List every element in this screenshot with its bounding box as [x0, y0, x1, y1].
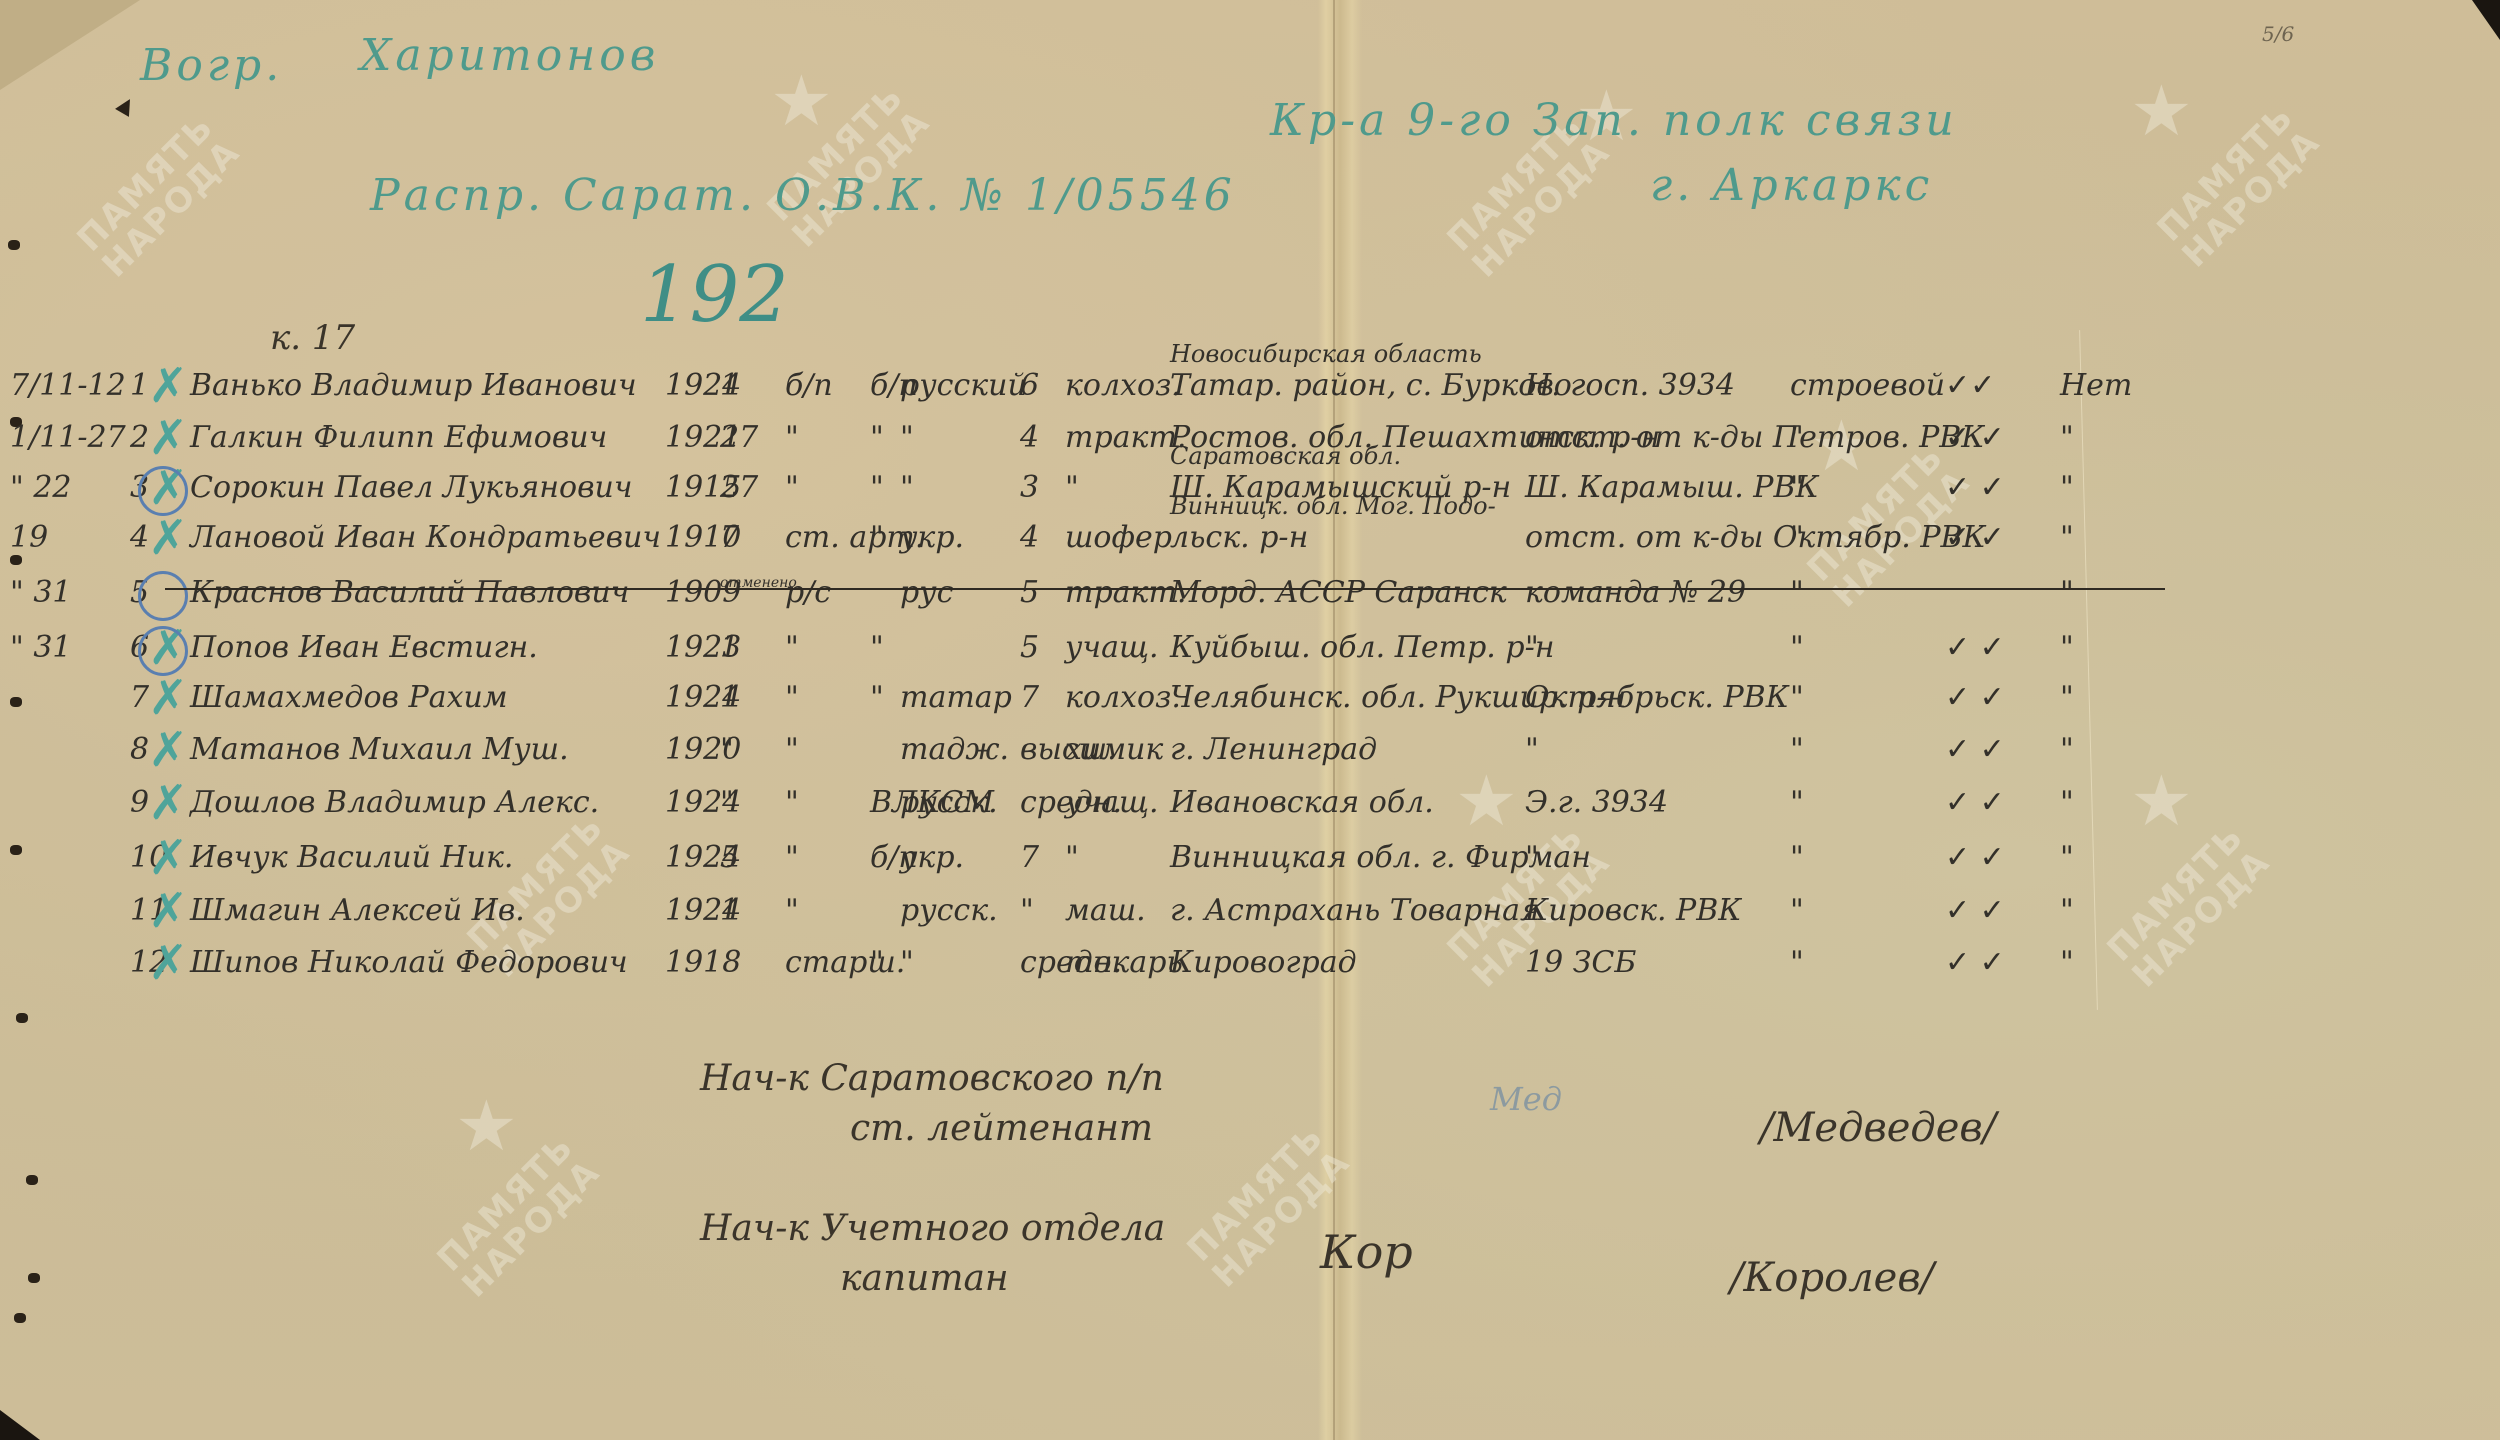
cell-address-line2: Куйбыш. обл. Петр. р-н	[1170, 630, 1554, 665]
team-label: к. 17	[270, 318, 355, 358]
blue-x-mark-icon: ✗	[148, 883, 188, 939]
cell-name: Краснов Василий Павлович	[190, 575, 629, 610]
cell-c1: "	[720, 785, 734, 820]
cell-nationality: "	[900, 470, 914, 505]
binding-hole	[14, 1313, 26, 1323]
cell-rvk: 19 ЗСБ	[1525, 945, 1636, 980]
watermark-star-icon: ★	[2130, 760, 2193, 842]
cell-c1: 1	[720, 893, 739, 928]
cell-rvk: отст. от к-ды Петров. РВК	[1525, 420, 1985, 455]
cell-num: 1	[130, 368, 149, 403]
sig1-title-line1: Нач-к Саратовского п/п	[700, 1058, 1164, 1099]
cell-c1: 1	[720, 680, 739, 715]
cell-name: Сорокин Павел Лукьянович	[190, 470, 633, 505]
watermark-star-icon: ★	[455, 1085, 518, 1167]
cell-checks: ✓ ✓	[1945, 945, 2005, 980]
paper-torn-corner	[2472, 0, 2500, 40]
cell-address-line1: Саратовская обл.	[1170, 442, 1401, 470]
cell-num: 7	[130, 680, 149, 715]
cell-date: " 22	[10, 470, 72, 505]
paper-fold-corner	[0, 0, 140, 90]
cell-address-line2: льск. р-н	[1170, 520, 1308, 555]
blue-x-mark-icon: ✗	[148, 830, 188, 886]
center-fold-line	[1333, 0, 1335, 1440]
cell-job: "	[1065, 470, 1079, 505]
cell-checks: ✓ ✓	[1945, 520, 2005, 555]
cell-address-line2: г. Астрахань Товарная	[1170, 893, 1540, 928]
cell-address-line2: г. Ленинград	[1170, 732, 1377, 767]
watermark-star-icon: ★	[770, 60, 833, 142]
cell-address-line1: Винницк. обл. Мог. Подо-	[1170, 492, 1496, 520]
sig2-title-line1: Нач-к Учетного отдела	[700, 1208, 1165, 1249]
cell-rvk: отст. от к-ды Октябр. РВК	[1525, 520, 1986, 555]
cell-c1: 7	[720, 520, 739, 555]
cell-job: учащ.	[1065, 630, 1159, 665]
cell-nationality: укр.	[900, 520, 964, 555]
cell-last: "	[2060, 680, 2074, 715]
cell-edu-rank: "	[870, 630, 884, 665]
cell-address-line2: Кировоград	[1170, 945, 1357, 980]
top-left-name: Харитонов	[360, 30, 659, 81]
cell-name: Галкин Филипп Ефимович	[190, 420, 607, 455]
cell-party: б/п	[785, 368, 833, 403]
sig1-name: /Медведев/	[1760, 1105, 1996, 1151]
cell-edu: 3	[1020, 470, 1039, 505]
cell-checks: ✓ ✓	[1945, 630, 2005, 665]
top-left-prefix: Вогр.	[140, 40, 283, 91]
cell-edu: 6	[1020, 368, 1039, 403]
cell-c1: 1	[720, 630, 739, 665]
cell-fitness: "	[1790, 520, 1804, 555]
cell-name: Шамахмедов Рахим	[190, 680, 508, 715]
sig2-name: /Королев/	[1730, 1255, 1934, 1301]
cell-checks: ✓ ✓	[1945, 732, 2005, 767]
cell-nationality: укр.	[900, 840, 964, 875]
cell-c1: 5	[720, 840, 739, 875]
cell-nationality: "	[900, 945, 914, 980]
binding-hole	[10, 555, 22, 565]
cell-nationality: рус	[900, 575, 953, 610]
cell-rvk: команда № 29	[1525, 575, 1746, 610]
cell-job: шофер	[1065, 520, 1172, 555]
cell-num: 8	[130, 732, 149, 767]
cell-fitness: "	[1790, 785, 1804, 820]
page-number: 5/6	[2262, 22, 2294, 46]
cell-nationality: русск.	[900, 785, 998, 820]
cell-last: "	[2060, 840, 2074, 875]
cell-rvk: "	[1525, 630, 1539, 665]
cell-party: "	[785, 893, 799, 928]
cell-edu: 5	[1020, 630, 1039, 665]
cell-edu-rank: "	[870, 680, 884, 715]
cell-nationality: татар	[900, 680, 1012, 715]
blue-x-mark-icon: ✗	[148, 410, 188, 466]
cell-checks: ✓ ✓	[1945, 840, 2005, 875]
cell-num: 2	[130, 420, 149, 455]
cell-party: "	[785, 680, 799, 715]
cell-job: учащ.	[1065, 785, 1159, 820]
cell-job: токарь	[1065, 945, 1183, 980]
cell-party: р/с	[785, 575, 831, 610]
cell-num: 9	[130, 785, 149, 820]
cell-last: "	[2060, 785, 2074, 820]
circle-mark-icon	[138, 571, 188, 621]
cell-address-line1: Новосибирская область	[1170, 340, 1482, 368]
cell-rvk: "	[1525, 732, 1539, 767]
cell-last: "	[2060, 732, 2074, 767]
cell-name: Ивчук Василий Ник.	[190, 840, 513, 875]
cell-c1: 27	[720, 470, 758, 505]
cell-checks: ✓ ✓	[1945, 785, 2005, 820]
cell-job: тракт.	[1065, 575, 1186, 610]
cell-party: "	[785, 420, 799, 455]
sig1-scribble: Мед	[1490, 1080, 1562, 1118]
cell-nationality: "	[900, 420, 914, 455]
cell-party: "	[785, 470, 799, 505]
cell-address-line2: Ивановская обл.	[1170, 785, 1434, 820]
watermark-star-icon: ★	[1455, 760, 1518, 842]
cell-checks: ✓✓	[1945, 368, 1995, 403]
cell-nationality: тадж.	[900, 732, 1009, 767]
cell-job: тракт.	[1065, 420, 1186, 455]
cell-year: 1918	[665, 945, 741, 980]
cell-checks: ✓ ✓	[1945, 420, 2005, 455]
cell-name: Шмагин Алексей Ив.	[190, 893, 525, 928]
cell-last: "	[2060, 893, 2074, 928]
document-number: 192	[640, 250, 789, 340]
cell-party: "	[785, 732, 799, 767]
cell-party: "	[785, 785, 799, 820]
sig2-scribble: Кор	[1320, 1225, 1413, 1279]
cell-fitness: "	[1790, 575, 1804, 610]
row-strikethrough	[165, 588, 2165, 590]
cell-edu: 7	[1020, 680, 1039, 715]
blue-x-mark-icon: ✗	[148, 775, 188, 831]
cell-edu: 4	[1020, 420, 1039, 455]
sig1-title-line2: ст. лейтенант	[850, 1108, 1153, 1149]
cell-nationality: русский	[900, 368, 1027, 403]
cell-address-line2: Татар. район, с. Бурково	[1170, 368, 1572, 403]
cell-date: 1/11-27	[10, 420, 126, 455]
cell-party: "	[785, 630, 799, 665]
cell-name: Попов Иван Евстигн.	[190, 630, 538, 665]
cell-edu: 7	[1020, 840, 1039, 875]
cell-job: колхоз.	[1065, 680, 1181, 715]
cell-rvk: "	[1525, 840, 1539, 875]
cell-rvk: Октябрьск. РВК	[1525, 680, 1789, 715]
cell-edu-rank: "	[870, 470, 884, 505]
cell-fitness: "	[1790, 840, 1804, 875]
cell-edu-rank: "	[870, 420, 884, 455]
blue-x-mark-icon: ✗	[148, 358, 188, 414]
cell-job: "	[1065, 840, 1079, 875]
cell-date: " 31	[10, 575, 72, 610]
cell-checks: ✓ ✓	[1945, 893, 2005, 928]
cell-edu-rank: "	[870, 520, 884, 555]
cell-last: "	[2060, 420, 2074, 455]
cell-edu: 5	[1020, 575, 1039, 610]
cell-fitness: "	[1790, 420, 1804, 455]
cell-address-line2: Морд. АССР Саранск	[1170, 575, 1507, 610]
blue-x-mark-icon: ✗	[148, 935, 188, 991]
binding-hole	[16, 1013, 28, 1023]
cell-num: 4	[130, 520, 149, 555]
cell-rvk: Ш. Карамыш. РВК	[1525, 470, 1819, 505]
blue-x-mark-icon: ✗	[148, 722, 188, 778]
cell-checks: ✓ ✓	[1945, 680, 2005, 715]
blue-x-mark-icon: ✗	[148, 670, 188, 726]
cell-fitness: "	[1790, 945, 1804, 980]
cell-name: Шипов Николай Федорович	[190, 945, 628, 980]
cell-edu-rank: "	[870, 945, 884, 980]
cell-job: маш.	[1065, 893, 1146, 928]
cell-checks: ✓ ✓	[1945, 470, 2005, 505]
cell-rvk: Н. госп. 3934	[1525, 368, 1735, 403]
cell-rvk: Кировск. РВК	[1525, 893, 1742, 928]
cell-last: "	[2060, 520, 2074, 555]
cell-date: " 31	[10, 630, 72, 665]
binding-hole	[10, 845, 22, 855]
cell-c1: 27	[720, 420, 758, 455]
cell-party: "	[785, 840, 799, 875]
cell-last: Нет	[2060, 368, 2132, 403]
cell-job: колхоз.	[1065, 368, 1181, 403]
unit-city: г. Аркаркс	[1650, 160, 1933, 211]
cell-fitness: "	[1790, 893, 1804, 928]
cell-rvk: Э.г. 3934	[1525, 785, 1668, 820]
binding-hole	[8, 240, 20, 250]
circle-mark-icon	[138, 466, 188, 516]
binding-hole	[26, 1175, 38, 1185]
cell-name: Ванько Владимир Иванович	[190, 368, 637, 403]
cell-c1: 1	[720, 368, 739, 403]
cell-nationality: русск.	[900, 893, 998, 928]
cell-last: "	[2060, 575, 2074, 610]
cell-name: Дошлов Владимир Алекс.	[190, 785, 599, 820]
circle-mark-icon	[138, 626, 188, 676]
cell-name: Матанов Михаил Муш.	[190, 732, 569, 767]
watermark-star-icon: ★	[2130, 70, 2193, 152]
cell-date: 19	[10, 520, 48, 555]
cell-fitness: "	[1790, 680, 1804, 715]
cell-fitness: "	[1790, 630, 1804, 665]
cell-fitness: строевой	[1790, 368, 1945, 403]
cell-party: старш.	[785, 945, 905, 980]
blue-x-mark-icon: ✗	[148, 510, 188, 566]
cell-date: 7/11-12	[10, 368, 126, 403]
cell-fitness: "	[1790, 732, 1804, 767]
cell-edu: "	[1020, 893, 1034, 928]
cell-last: "	[2060, 470, 2074, 505]
cell-job: химик	[1065, 732, 1163, 767]
cell-c1: "	[720, 732, 734, 767]
cell-edu: 4	[1020, 520, 1039, 555]
cell-fitness: "	[1790, 470, 1804, 505]
cell-last: "	[2060, 630, 2074, 665]
sig2-title-line2: капитан	[840, 1258, 1009, 1299]
cell-name: Лановой Иван Кондратьевич	[190, 520, 661, 555]
unit-name: Кр-а 9-го Зап. полк связи	[1270, 95, 1958, 146]
binding-hole	[10, 697, 22, 707]
paper-torn-corner	[0, 1410, 40, 1440]
cell-last: "	[2060, 945, 2074, 980]
order-reference: Распр. Сарат. О.В.К. № 1/05546	[370, 170, 1236, 221]
binding-hole	[28, 1273, 40, 1283]
